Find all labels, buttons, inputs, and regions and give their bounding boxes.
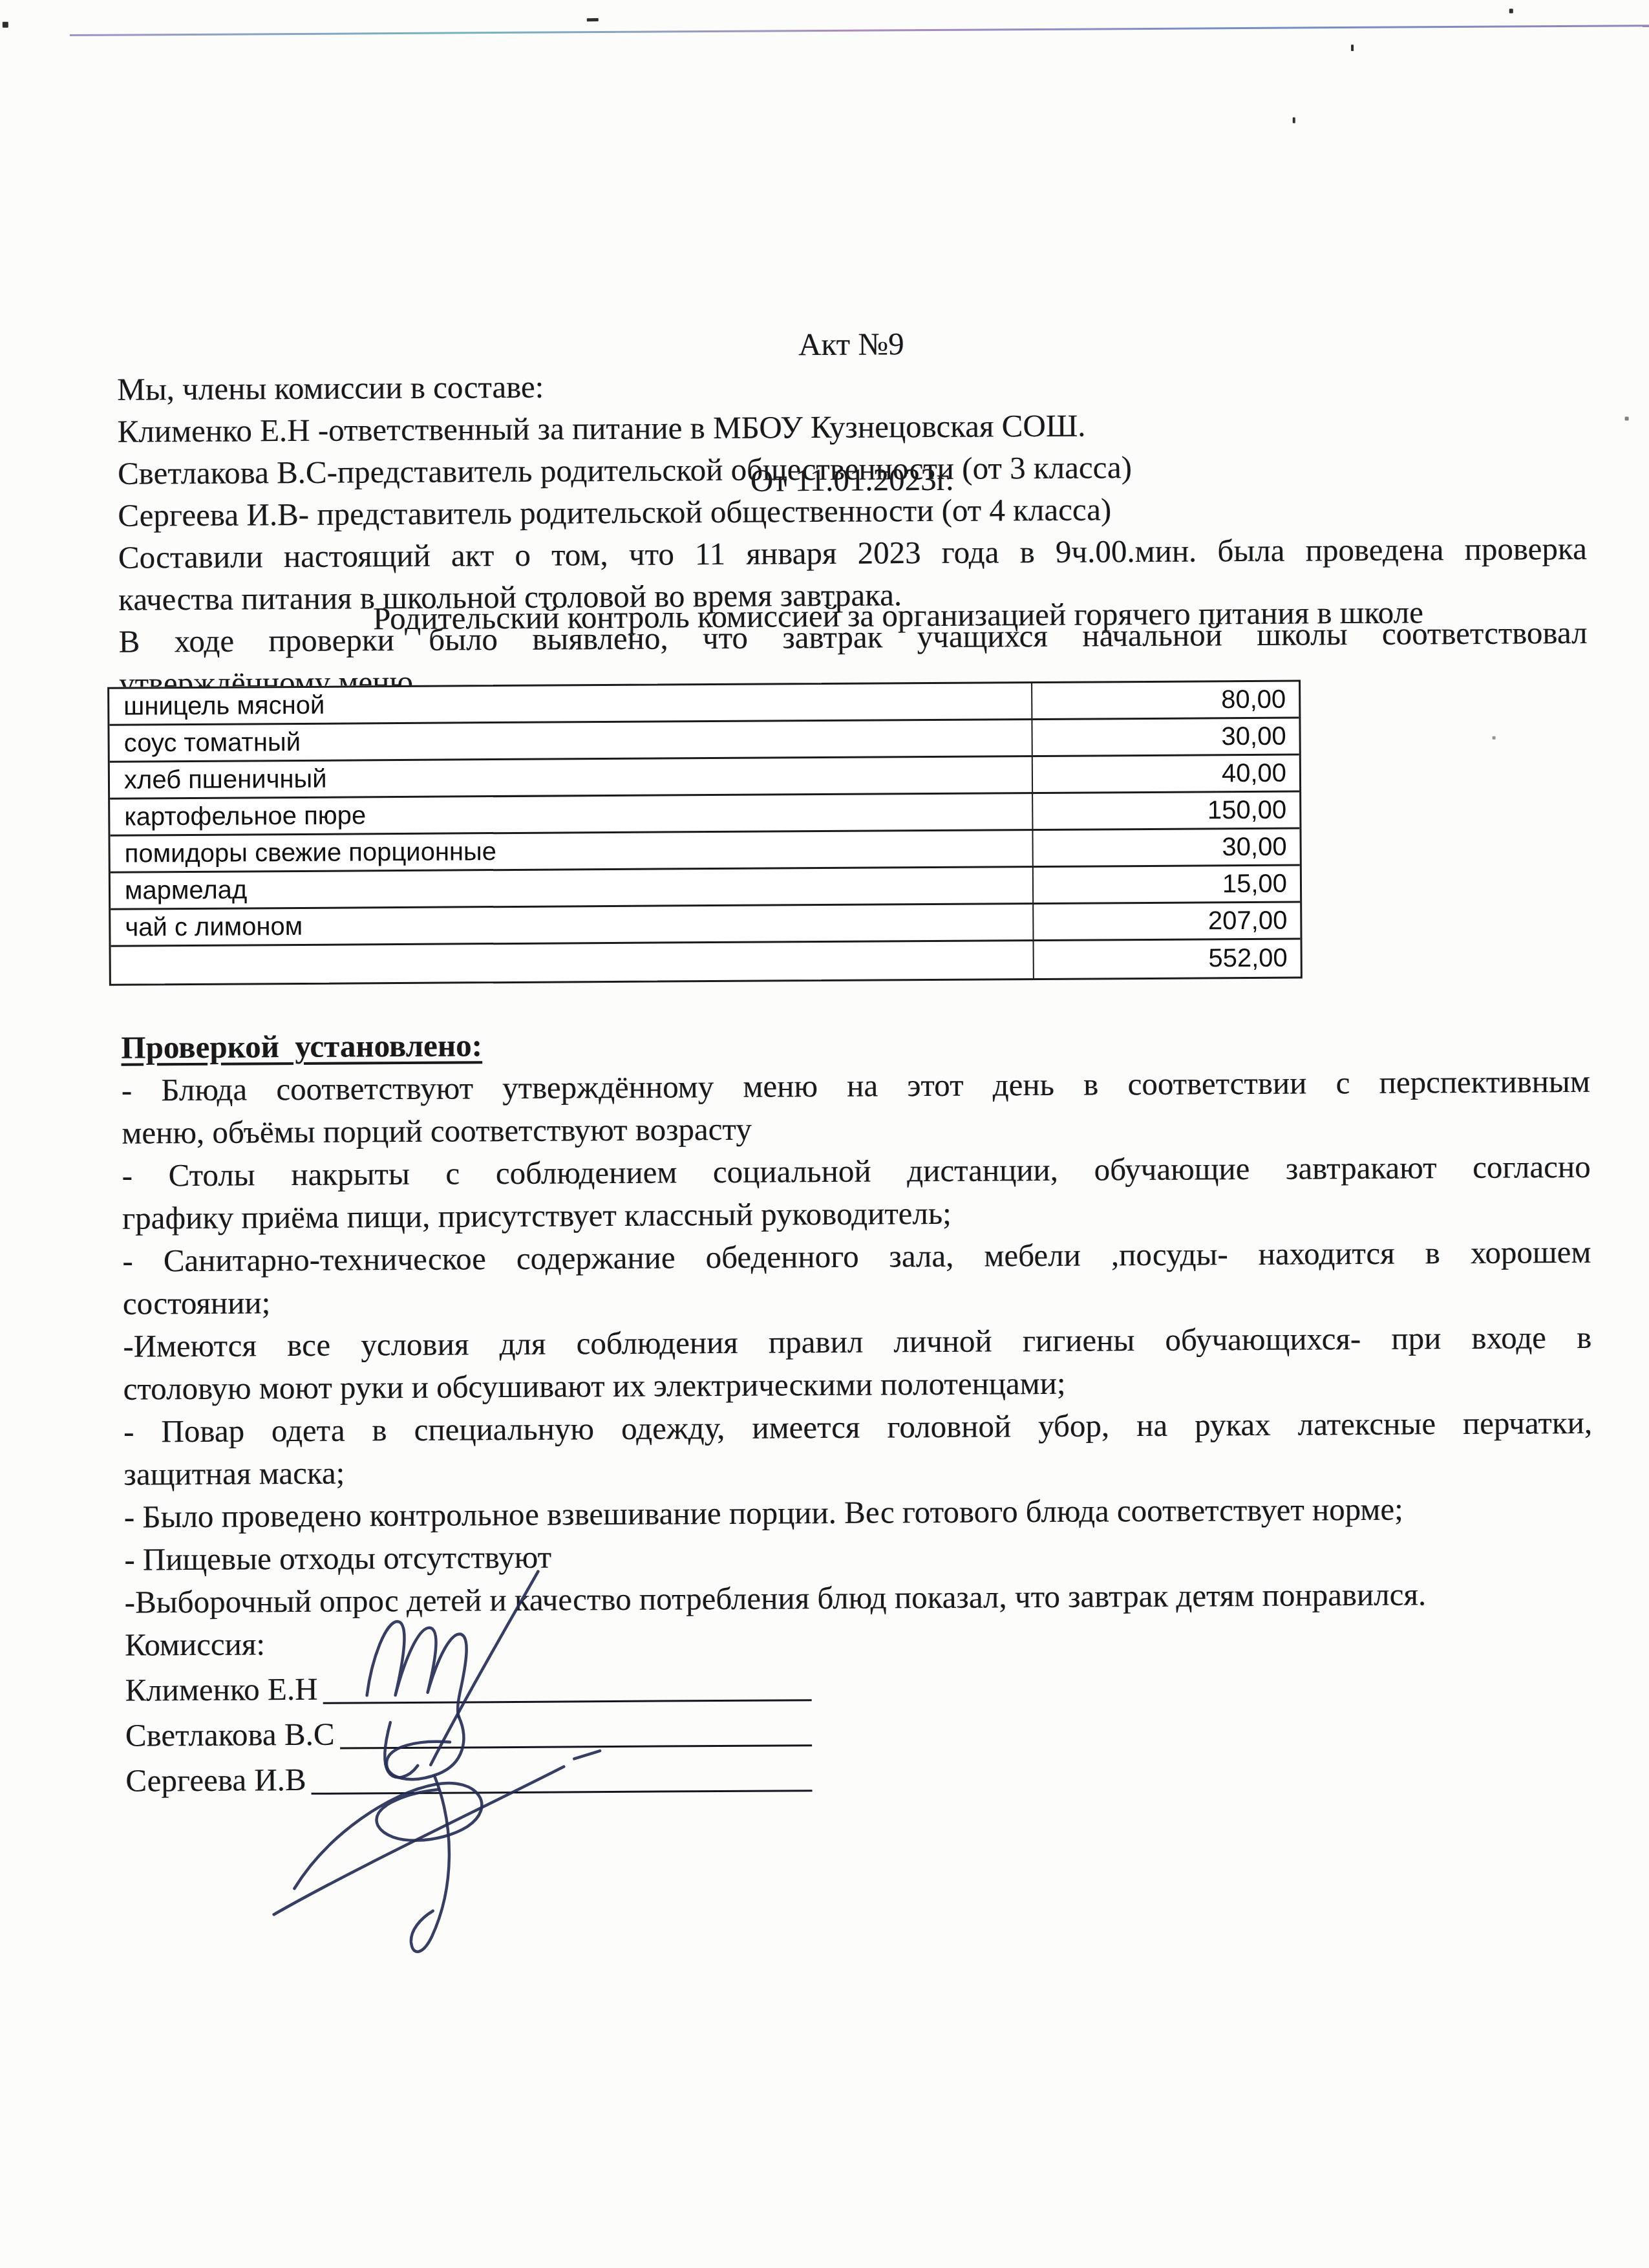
table-cell-price: 80,00: [1032, 682, 1299, 719]
intro-paragraphs: Мы, члены комиссии в составе:Клименко Е.…: [117, 359, 1588, 705]
table-cell-price: 30,00: [1033, 829, 1299, 866]
scan-speck: [3, 22, 8, 28]
finding-line: - Блюда соответствуют утверждённому меню…: [122, 1060, 1590, 1112]
signature-stroke: [429, 1572, 539, 1765]
scan-speck: [1509, 8, 1513, 13]
intro-line: В ходе проверки было выявлено, что завтр…: [118, 612, 1587, 663]
finding-line: - Было проведено контрольное взвешивание…: [124, 1487, 1593, 1539]
signature-stroke: [367, 1621, 467, 1717]
table-cell-price: 207,00: [1034, 903, 1300, 939]
table-cell-dish-name: [111, 941, 1034, 984]
finding-line: - Столы накрыты с соблюдением социальной…: [122, 1146, 1591, 1197]
signature-stroke: [385, 1722, 418, 1778]
finding-line: -Имеются все условия для соблюдения прав…: [123, 1316, 1591, 1368]
signature-stroke: [574, 1751, 600, 1759]
signature-stroke: [410, 1777, 450, 1952]
scan-speck: [1293, 118, 1295, 123]
table-cell-dish-name: шницель мясной: [109, 683, 1032, 724]
findings-section: Проверкой установлено: - Блюда соответст…: [121, 1018, 1593, 1624]
table-cell-dish-name: соус томатный: [109, 720, 1032, 761]
table-cell-dish-name: хлеб пшеничный: [110, 757, 1033, 798]
findings-lines: - Блюда соответствуют утверждённому меню…: [122, 1060, 1593, 1624]
scan-speck: [1625, 416, 1629, 420]
table-cell-dish-name: мармелад: [111, 868, 1034, 908]
table-cell-dish-name: картофельное пюре: [110, 794, 1033, 835]
table-cell-dish-name: чай с лимоном: [111, 904, 1034, 945]
signature-stroke: [293, 1783, 482, 1888]
scanner-streak-line: [70, 25, 1649, 36]
handwritten-signatures-ink: [216, 1552, 671, 1969]
table-cell-price: 15,00: [1034, 866, 1300, 903]
table-cell-price: 40,00: [1033, 756, 1299, 793]
scanned-document-sheet: Акт №9 От 11.01.2023г. Родительский конт…: [0, 0, 1649, 2268]
table-cell-dish-name: помидоры свежие порционные: [110, 831, 1033, 872]
intro-line: Составили настоящий акт о том, что 11 ян…: [118, 528, 1587, 579]
scan-speck: [1351, 45, 1354, 51]
finding-line: - Санитарно-техническое содержание обеде…: [122, 1231, 1591, 1283]
table-cell-price: 30,00: [1032, 719, 1299, 756]
finding-line: - Повар одета в специальную одежду, имее…: [123, 1402, 1592, 1453]
scan-speck: [587, 18, 599, 21]
menu-price-table: шницель мясной80,00соус томатный30,00хле…: [107, 679, 1303, 985]
table-row: 552,00: [111, 939, 1301, 983]
table-cell-price: 150,00: [1033, 793, 1299, 829]
scan-speck: [1493, 736, 1496, 740]
table-cell-price: 552,00: [1034, 939, 1301, 978]
